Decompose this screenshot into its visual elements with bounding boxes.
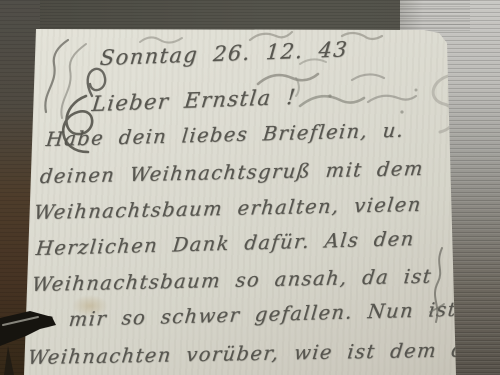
letter-card: Sonntag 26. 12. 43 Lieber Ernstla ! Habe… (0, 0, 500, 375)
pencil-dot (400, 110, 403, 113)
scribble-stroke (352, 74, 384, 80)
dark-surface-top (0, 0, 470, 31)
scribble-stroke (300, 96, 364, 106)
letter-body-line: Weihnachtsbaum so ansah, da ist (31, 265, 433, 296)
letter-salutation: Lieber Ernstla ! (91, 85, 298, 116)
scribble-stroke (45, 40, 68, 112)
letter-body-line: Weihnachten vorüber, wie ist dem d (27, 338, 467, 369)
scribble-stroke (140, 37, 182, 42)
scribble-stroke (368, 96, 416, 102)
letter-body-line: Habe dein liebes Brieflein, u. (45, 119, 406, 151)
photo-of-handwritten-letter: Sonntag 26. 12. 43 Lieber Ernstla ! Habe… (0, 0, 500, 375)
letter-date-line: Sonntag 26. 12. 43 (99, 37, 349, 70)
scribble-stroke (258, 74, 318, 84)
letter-body-line: Herzlichen Dank dafür. Als den (35, 227, 416, 260)
pencil-dot (415, 89, 418, 92)
pencil-dot (328, 94, 331, 97)
letter-body-line: deinen Weihnachtsgruß mit dem (39, 157, 425, 188)
letter-body-line: es mir so schwer gefallen. Nun ist (29, 298, 458, 332)
scribble-stroke (61, 44, 86, 118)
letter-body-line: Weihnachtsbaum erhalten, vielen (33, 193, 423, 224)
